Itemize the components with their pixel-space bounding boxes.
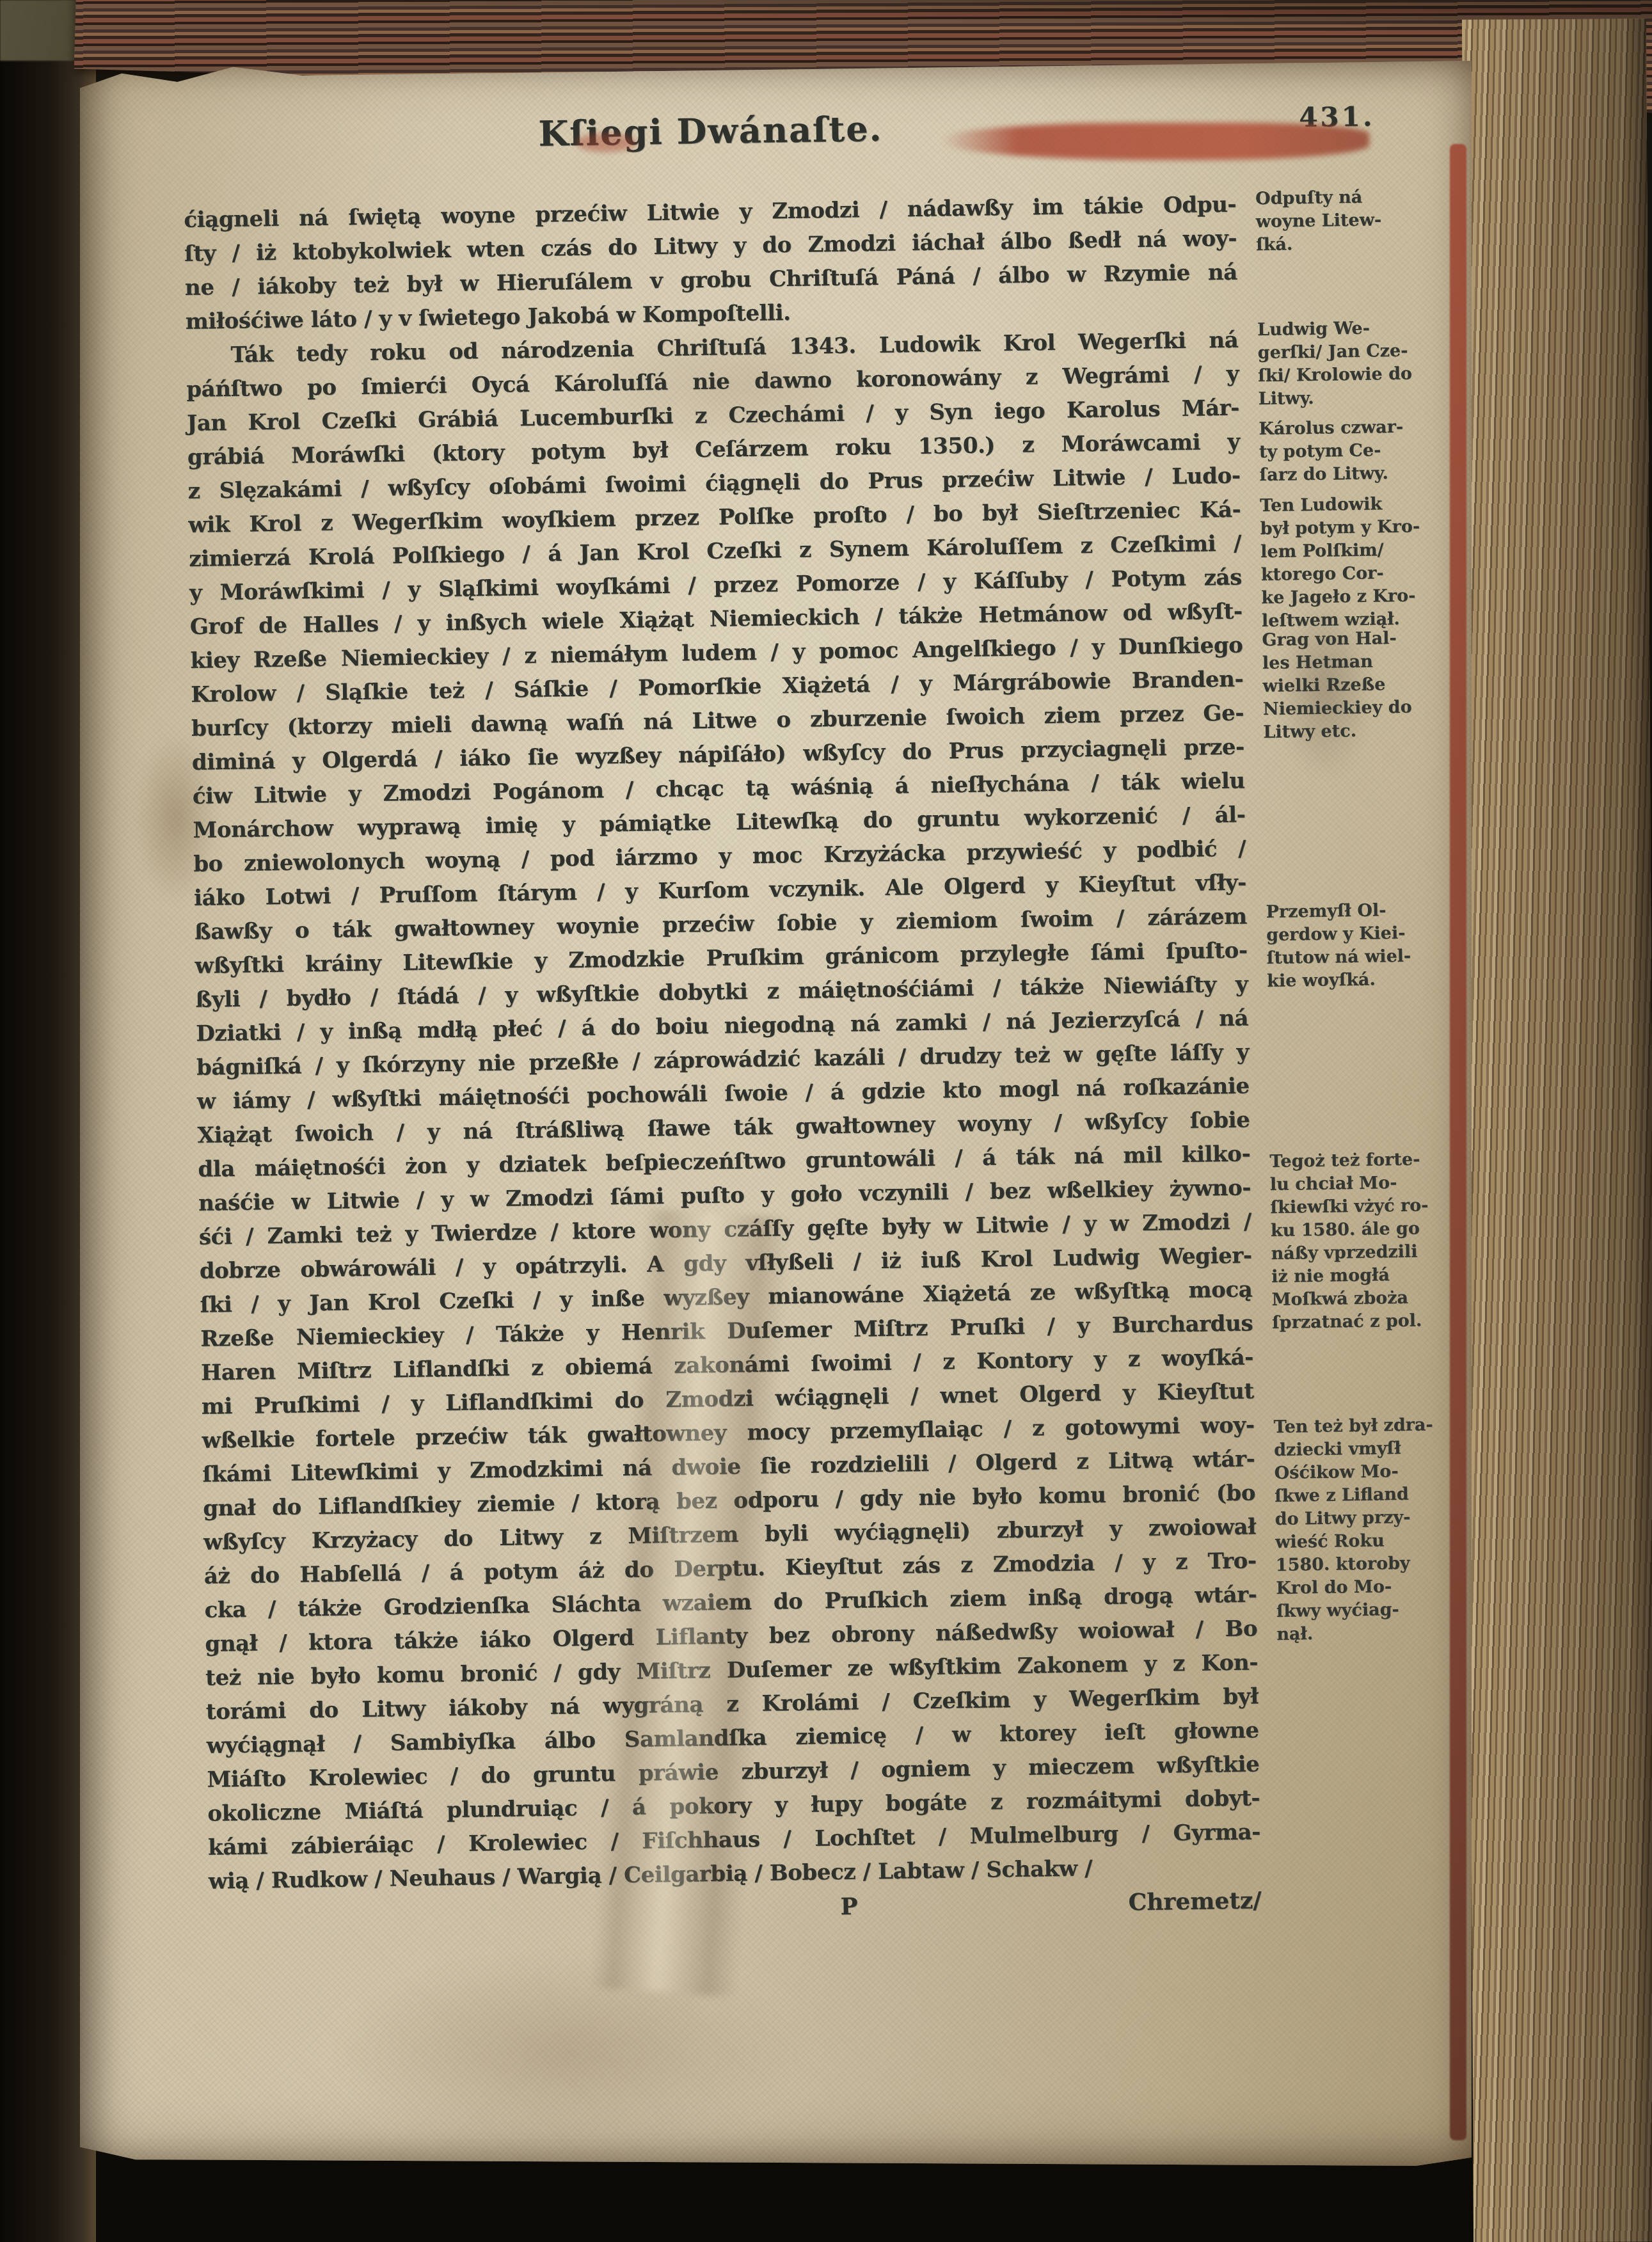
page: Kſiegi Dwánaſte. 431. ćiągneli ná ſwiętą… xyxy=(80,61,1472,2166)
margin-note: Tegoż też forte- lu chciał Mo- ſkiewſki … xyxy=(1269,1147,1480,1335)
signature-mark: P xyxy=(840,1893,858,1920)
book-page-scan: Kſiegi Dwánaſte. 431. ćiągneli ná ſwiętą… xyxy=(0,0,1652,2242)
content-row: ćiągneli ná ſwiętą woyne przećiw Litwie … xyxy=(184,184,1495,1899)
margin-note: Przemyſł Ol- gerdow y Kiei- ſtutow ná wi… xyxy=(1266,898,1475,993)
margin-note: Ludwig We- gerſki/ Jan Cze- ſki/ Krolowi… xyxy=(1257,315,1466,411)
red-edge-stain-small xyxy=(576,133,637,152)
red-edge-stain xyxy=(941,123,1369,160)
printed-content: Kſiegi Dwánaſte. 431. ćiągneli ná ſwiętą… xyxy=(182,99,1495,1941)
margin-note: Odpuſty ná woyne Litew- ſká. xyxy=(1255,184,1465,257)
catchword: Chremetz/ xyxy=(1128,1887,1262,1916)
page-edges-right xyxy=(1462,19,1652,2242)
margin-note: Grag von Hal- les Hetman wielki Rzeße Ni… xyxy=(1262,626,1472,744)
red-fore-edge xyxy=(1450,144,1466,2140)
margin-note: Károlus czwar- ty potym Ce- ſarz do Litw… xyxy=(1259,415,1468,487)
margin-note: Ten Ludowik był potym y Kro- lem Polſkim… xyxy=(1260,491,1470,633)
